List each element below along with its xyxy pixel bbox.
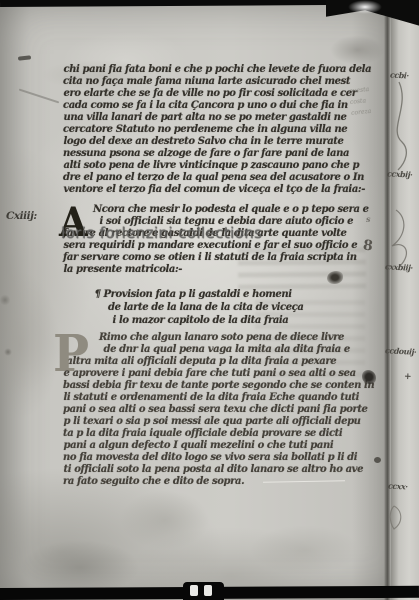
manuscript-line: de dnr la qual pena vaga la mita ala dit… [64,344,366,356]
manuscript-line: Ncora che mesir lo podesta el quale e o … [63,204,365,216]
collection-watermark: loris forlenzini collections [61,224,262,242]
manuscript-line: pani a algun defecto I quali mezelini o … [64,440,366,452]
manuscript-line: nessuna psona se alzoge de fare o far fa… [63,148,365,160]
paragraph-1: chi pani fia fata boni e che p pochi che… [63,64,365,196]
manuscript-line: cada como se fa i la cita Çancora p uno … [63,100,365,112]
manuscript-line: ra fato seguito che e dito de sopra. [63,476,365,488]
facing-chapter-number: ccxx· [388,480,408,491]
facing-page-edge [391,14,419,600]
facing-chapter-number: cxxbiij· [385,261,413,272]
manuscript-line: far servare como se otien i li statuti d… [63,252,365,264]
manuscript-line: li statuti e ordenamenti de la dita frai… [64,392,366,404]
manuscript-line: pani o sea alti o sea bassi sera texu ch… [63,404,365,416]
microfilm-photo: chi pani fia fata boni e che p pochi che… [0,0,419,600]
manuscript-line: bassi debia fir texu de tante porte sego… [63,380,365,392]
facing-chapter-number: ccxbij· [387,168,413,179]
rubric: ¶ Provision fata p li gastaldi e homeni … [94,288,354,327]
manuscript-line: alti soto pena de livre vinticinque p za… [64,160,366,172]
manuscript-line: una villa lanari de part alta no se po m… [64,112,366,124]
manuscript-line: p li texari o sia p soi messi ale qua pa… [64,416,366,428]
facing-cross-mark: + [404,372,412,382]
manuscript-line: cita no faça male fama niuna larte asicu… [63,76,365,88]
faint-marginal-note: questa costa coreza [348,84,372,119]
faint-note-line: coreza [351,106,372,119]
manuscript-line: logo del dexe an destreto Salvo cha in l… [64,136,366,148]
manuscript-line: ventore el terzo fia del comun de viceça… [64,184,366,196]
rubric-line: de larte de la lana de la cita de viceça [94,301,354,314]
manuscript-line: dre el pano el terzo de la qual pena sea… [63,172,365,184]
manuscript-line: ero elarte che se fa de ville no po fir … [64,88,366,100]
left-margin-chapter-number: Cxiiij: [6,210,37,222]
manuscript-line: cercatore Statuto no perdeneme che in al… [63,124,365,136]
right-margin-small-mark: s [366,214,371,224]
glare-highlight [348,0,382,14]
binding-gutter [384,16,391,600]
manuscript-line: ta p la dita fraia iquale officiale debi… [63,428,365,440]
film-frame-tick [190,585,198,596]
manuscript-line: e aprovere i pani debia fare che tuti pa… [64,368,366,380]
manuscript-line: no fia movesta del dito logo se vivo ser… [63,452,365,464]
facing-chapter-number: ccdouij· [385,345,417,357]
facing-chapter-number: ccbi· [390,70,409,81]
film-frame-marker [183,582,224,600]
manuscript-line: la presente matricola:- [64,264,366,276]
manuscript-line: laltra mita ali officiali deputa p la di… [63,356,365,368]
rubric-line: i lo mazor capitolo de la dita fraia [95,314,355,327]
rubric-line: ¶ Provision fata p li gastaldi e homeni [95,288,355,301]
paragraph-3: P Rimo che algun lanaro soto pena de die… [63,332,365,488]
film-frame-tick [204,585,212,596]
manuscript-line: Rimo che algun lanaro soto pena de diece… [63,332,365,344]
manuscript-line: chi pani fia fata boni e che p pochi che… [64,64,366,76]
manuscript-line: ti officiali soto la pena posta al dito … [64,464,366,476]
